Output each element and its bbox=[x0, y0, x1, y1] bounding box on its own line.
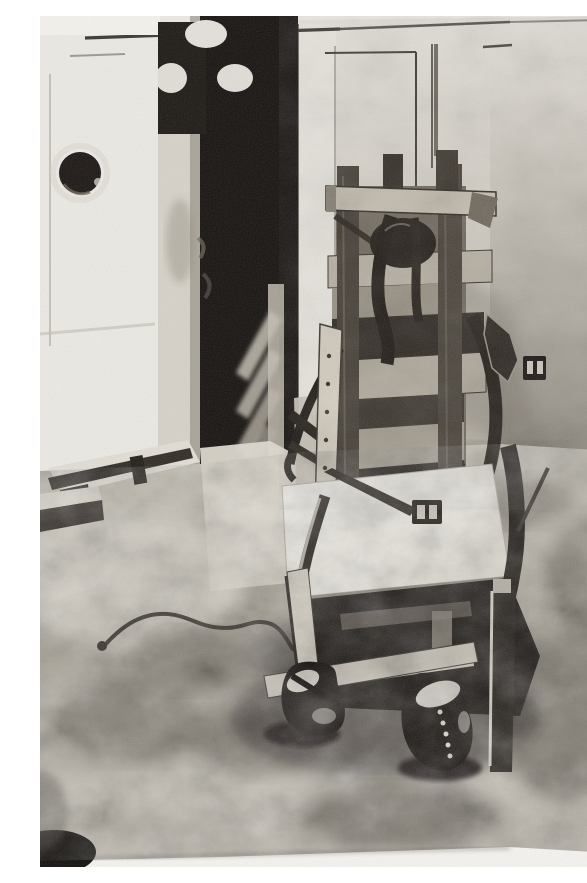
photo-frame bbox=[40, 16, 587, 867]
grain-overlays bbox=[40, 16, 587, 867]
film-grain bbox=[40, 16, 587, 867]
photo-canvas bbox=[40, 16, 587, 867]
